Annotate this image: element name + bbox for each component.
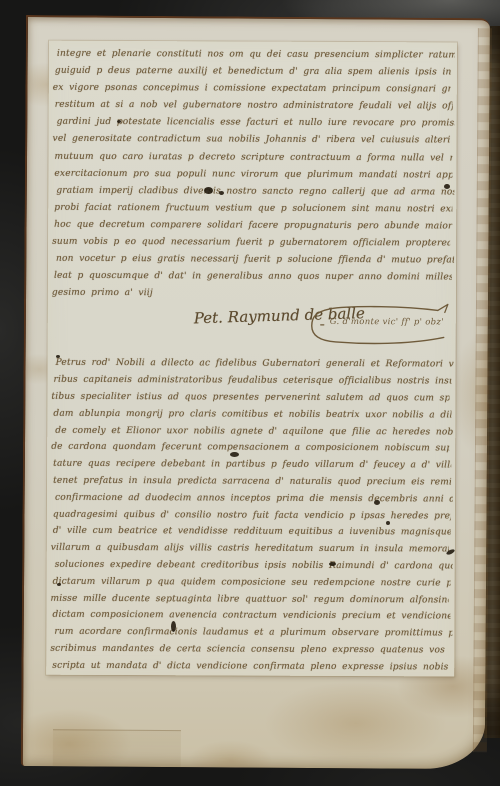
manuscript-line: dam ablunpia mongrij pro claris comitibu… — [47, 405, 451, 424]
pasted-document-sheet: integre et plenarie constituti nos om qu… — [46, 41, 457, 677]
manuscript-line: tibus specialiter istius ad quos present… — [47, 389, 449, 408]
manuscript-line: ribus capitaneis administratoribus feuda… — [47, 372, 451, 391]
manuscript-line: soluciones expedire debeant creditoribus… — [47, 557, 453, 576]
manuscript-line: quadragesimi quibus d' consilio nostro f… — [47, 506, 451, 525]
manuscript-line: tature quas recipere debebant in partibu… — [47, 456, 451, 475]
signature-row: Pet. Raymund de balle G. d'monte vic' ff… — [48, 302, 456, 350]
ink-blot — [374, 500, 380, 505]
manuscript-line: confirmacione ad duodecim annos inceptos… — [47, 489, 453, 508]
manuscript-line: rum acordare confirmacionis laudamus et … — [46, 624, 452, 643]
manuscript-line: de comely et Elionor uxor nobilis agnete… — [47, 422, 453, 441]
manuscript-line: d' ville cum beatrice et vendidisse redd… — [47, 523, 451, 542]
manuscript-line: gardini jud potestate licencialis esse f… — [49, 114, 455, 133]
text-block-upper: integre et plenarie constituti nos om qu… — [48, 41, 457, 304]
manuscript-line: leat p quoscumque d' dat' in generalibus… — [48, 268, 452, 287]
manuscript-line: mutuum quo caro iuratas p decreto script… — [48, 148, 452, 167]
annotation-text: G. d'monte vic' ff' p' obz' — [330, 317, 444, 327]
page-fold-corner — [53, 729, 181, 767]
manuscript-line: Petrus rod' Nobili a dilecto ac fidelibu… — [48, 355, 454, 374]
manuscript-line: exercitacionum pro sua populi nunc viror… — [48, 165, 452, 184]
manuscript-line: dictarum villarum p qua quidem composici… — [47, 573, 451, 592]
manuscript-line: probi faciat rationem fructuum vestium q… — [48, 200, 452, 219]
manuscript-line: suum vobis p eo quod necessarium fuerit … — [48, 234, 450, 253]
manuscript-line: hoc que decretum comparere solidari face… — [48, 217, 452, 236]
ink-blot — [219, 191, 224, 195]
manuscript-line: ex vigore psonas concepimus i comissione… — [49, 80, 451, 99]
manuscript-page: integre et plenarie constituti nos om qu… — [21, 15, 490, 769]
text-block-lower: Petrus rod' Nobili a dilecto ac fidelibu… — [46, 348, 455, 676]
ink-blot — [117, 120, 121, 123]
ink-blot — [204, 187, 213, 194]
manuscript-line: vel generositate contradictum sua nobili… — [49, 131, 451, 150]
manuscript-line: dictam composicionem avenencia contractu… — [46, 607, 450, 626]
manuscript-line: villarum a quibusdam alijs villis castri… — [47, 540, 449, 559]
manuscript-line: integre et plenarie constituti nos om qu… — [49, 46, 455, 65]
ink-blot — [56, 355, 60, 358]
ink-blot — [171, 621, 176, 632]
manuscript-line: non vocetur p eius gratis necessarij fue… — [48, 251, 454, 270]
ink-blot — [230, 452, 239, 457]
ink-blot — [386, 521, 390, 525]
manuscript-line: restitum at si a nob vel gubernatore nos… — [49, 97, 453, 116]
manuscript-line: tenet prefatus in insula predicta sarrac… — [47, 473, 451, 492]
manuscript-line: de cardona quondam fecerunt compensacion… — [47, 439, 449, 458]
photo-background: integre et plenarie constituti nos om qu… — [0, 0, 500, 786]
manuscript-line: scripta ut mandata d' dicta vendicione c… — [46, 657, 450, 676]
chancery-annotation: G. d'monte vic' ff' p' obz' — [306, 301, 458, 350]
ink-blot — [57, 583, 61, 586]
manuscript-line: guiguid p deus paterne auxilij et benedi… — [49, 63, 453, 82]
ink-blot — [329, 562, 336, 566]
manuscript-line: scribimus mandantes de certa sciencia co… — [46, 641, 448, 660]
manuscript-line: gratiam imperij cladibus diversis nostro… — [48, 182, 454, 201]
ink-blot — [444, 184, 450, 189]
manuscript-line: misse mille ducente septuaginta libre qu… — [47, 590, 449, 609]
